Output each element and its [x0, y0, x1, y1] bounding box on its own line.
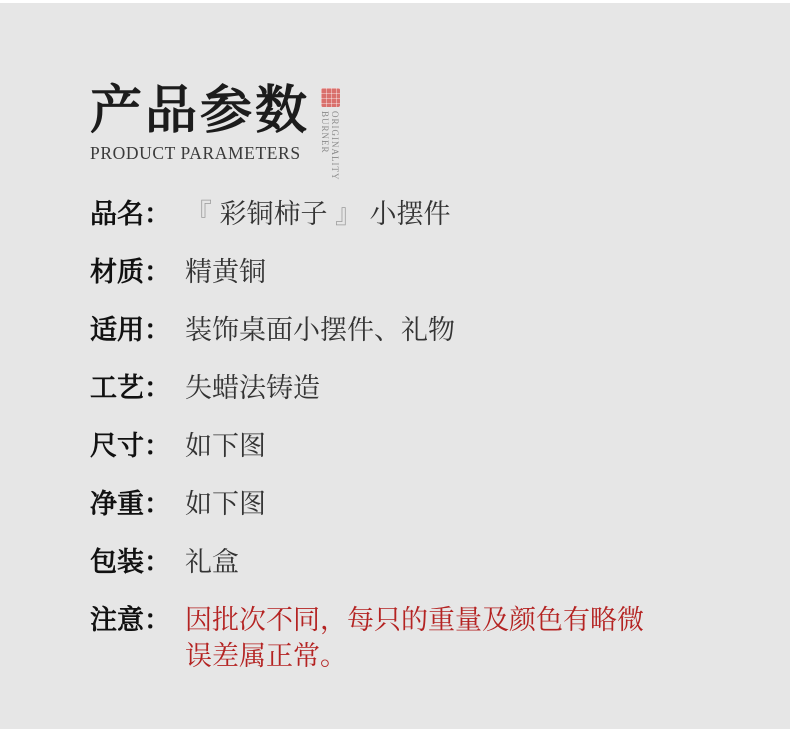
seal: ORIGINALITY BURNER [320, 84, 340, 181]
parameter-value: 精黄铜 [185, 254, 266, 290]
parameter-list: 品名： 『 彩铜柿子 』 小摆件 材质： 精黄铜 适用： 装饰桌面小摆件、礼物 … [90, 196, 710, 696]
parameter-label: 工艺： [90, 370, 185, 406]
product-parameters-page: 产品参数 PRODUCT PARAMETERS ORIGINALITY BURN… [0, 0, 790, 729]
seal-text-line2: BURNER [320, 111, 330, 181]
parameter-label: 包装： [90, 544, 185, 580]
parameter-value: 失蜡法铸造 [185, 370, 320, 406]
parameter-row: 品名： 『 彩铜柿子 』 小摆件 [90, 196, 710, 232]
parameter-value: 因批次不同，每只的重量及颜色有略微误差属正常。 [185, 602, 670, 674]
parameter-label: 注意： [90, 602, 185, 638]
parameter-row: 注意： 因批次不同，每只的重量及颜色有略微误差属正常。 [90, 602, 710, 674]
parameter-value: 如下图 [185, 428, 266, 464]
parameter-row: 净重： 如下图 [90, 486, 710, 522]
parameter-value: 装饰桌面小摆件、礼物 [185, 312, 455, 348]
parameter-row: 包装： 礼盒 [90, 544, 710, 580]
parameter-row: 适用： 装饰桌面小摆件、礼物 [90, 312, 710, 348]
parameter-value: 『 彩铜柿子 』 小摆件 [185, 196, 451, 232]
parameter-label: 净重： [90, 486, 185, 522]
bracket-text: 』 [328, 199, 370, 229]
parameter-row: 材质： 精黄铜 [90, 254, 710, 290]
parameter-value: 如下图 [185, 486, 266, 522]
seal-text-line1: ORIGINALITY [330, 111, 340, 181]
value-text: 小摆件 [370, 199, 451, 229]
value-text: 彩铜柿子 [220, 199, 328, 229]
parameter-label: 品名： [90, 196, 185, 232]
page-title: 产品参数 [90, 84, 310, 139]
parameter-label: 材质： [90, 254, 185, 290]
bracket-text: 『 [185, 199, 220, 229]
parameter-row: 工艺： 失蜡法铸造 [90, 370, 710, 406]
seal-vertical-text: ORIGINALITY BURNER [320, 111, 340, 181]
page-subtitle: PRODUCT PARAMETERS [90, 143, 310, 164]
header: 产品参数 PRODUCT PARAMETERS ORIGINALITY BURN… [90, 84, 340, 181]
seal-stamp-icon [321, 88, 340, 107]
parameter-row: 尺寸： 如下图 [90, 428, 710, 464]
top-white-strip [0, 0, 790, 3]
parameter-label: 尺寸： [90, 428, 185, 464]
title-block: 产品参数 PRODUCT PARAMETERS [90, 84, 310, 164]
parameter-value: 礼盒 [185, 544, 239, 580]
parameter-label: 适用： [90, 312, 185, 348]
